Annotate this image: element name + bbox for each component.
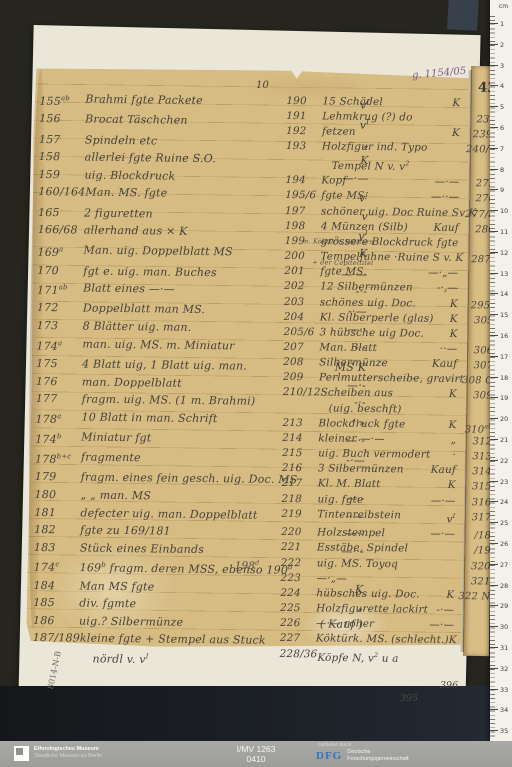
entry-number: 226 xyxy=(280,616,316,632)
entry-number: 173 xyxy=(37,317,83,335)
ruler-minor-ticks xyxy=(490,16,495,740)
entry-number: 187/189 xyxy=(33,629,80,647)
entry-margin-number: 322 N xyxy=(458,589,490,605)
entry-number: 208 xyxy=(283,355,319,371)
entry-number: 190 xyxy=(286,94,322,110)
entry-mark: K xyxy=(452,96,462,111)
entry-mark: K xyxy=(448,478,458,493)
entry-number: 224 xyxy=(280,586,316,602)
ruler-cm-label: 15 xyxy=(500,311,508,319)
ruler-cm-label: 31 xyxy=(500,644,508,652)
ruler-cm-label: 22 xyxy=(500,457,508,465)
entry-text: Kopf xyxy=(321,174,434,191)
entry-mark xyxy=(460,111,462,126)
entry-margin-number: 321 xyxy=(471,574,491,589)
entry-number: 155ab xyxy=(39,90,85,111)
entry-number: 228/36 xyxy=(280,646,318,665)
ruler-cm-label: 7 xyxy=(500,145,504,153)
entry-number: 157 xyxy=(39,130,85,148)
entry-margin-number: 308 C xyxy=(462,373,493,389)
entry-number: 202 xyxy=(284,279,320,295)
entry-number: 195/6 xyxy=(285,188,321,204)
ruler-cm-tick xyxy=(490,231,498,232)
entry-number: 180 xyxy=(34,486,80,504)
entry-number: 191 xyxy=(286,109,322,125)
ruler-cm-tick xyxy=(490,23,498,24)
entry-mark xyxy=(459,236,461,251)
digitization-footer: Ethnologisches Museum Staatliche Museen … xyxy=(0,741,512,767)
entry-row: 228/36Köpfe N, v2 u a xyxy=(280,646,456,667)
entry-mark: Ruine S v. K xyxy=(397,250,465,266)
page-number-left: 395 xyxy=(400,693,418,704)
entry-number: 186 xyxy=(33,612,79,630)
ruler-cm-tick xyxy=(490,543,498,544)
entry-number: 199 xyxy=(285,234,321,250)
entry-text: Lehmkrug (?) do xyxy=(322,110,460,127)
entry-mark xyxy=(454,649,456,668)
ruler-cm-tick xyxy=(490,273,498,274)
entry-number: 217 xyxy=(282,476,318,492)
ruler-cm-label: 2 xyxy=(500,41,504,49)
entry-mark: -·— xyxy=(436,603,456,618)
ruler-cm-tick xyxy=(490,397,498,398)
entry-mark: K xyxy=(448,418,458,433)
entry-text: 3 hübsche uig Doc. xyxy=(319,325,449,342)
entry-number: 178a xyxy=(35,408,81,429)
entry-text: 3 Silbermünzen xyxy=(318,462,431,479)
entry-text: Holzfigurette lackirt xyxy=(316,601,436,618)
ruler-cm-label: 20 xyxy=(500,415,508,423)
ruler-cm-tick xyxy=(490,730,498,731)
ruler-cm-label: 5 xyxy=(500,103,504,111)
entry-row-continuation: Tempel N v. v2 xyxy=(286,155,462,176)
entry-text: —·„— xyxy=(316,571,454,588)
entry-text: kleiner —·— xyxy=(318,431,451,448)
ruler-cm-tick xyxy=(490,335,498,336)
entry-number: 225 xyxy=(280,601,316,617)
book-spine-top xyxy=(447,0,479,31)
entry-number: 214 xyxy=(282,431,318,447)
ruler-cm-label: 29 xyxy=(500,602,508,610)
ruler-cm-tick xyxy=(490,252,498,253)
entry-number: 210/12 xyxy=(283,385,321,401)
entry-mark: K xyxy=(452,126,462,141)
entry-margin-number: 316 xyxy=(472,495,492,510)
ruler-unit-label: cm xyxy=(499,3,508,10)
ruler-cm-label: 32 xyxy=(500,665,508,673)
entry-number: 193 xyxy=(286,139,322,155)
entry-number: 184 xyxy=(33,577,79,595)
ruler-cm-tick xyxy=(490,65,498,66)
ruler-cm-label: 6 xyxy=(500,124,504,132)
ruler-cm-label: 10 xyxy=(500,207,508,215)
ruler-cm-label: 19 xyxy=(500,394,508,402)
entry-number: 156 xyxy=(39,110,85,131)
ruler-cm-label: 3 xyxy=(500,62,504,70)
entry-text: Silbermünze xyxy=(319,355,432,372)
entry-number: 179 xyxy=(35,468,81,486)
entry-mark: K xyxy=(450,312,460,327)
ruler-cm-tick xyxy=(490,293,498,294)
ruler-cm-label: 21 xyxy=(500,436,508,444)
entry-text: Kl. Silberperle (glas) xyxy=(320,310,450,327)
ruler-cm-label: 34 xyxy=(500,706,508,714)
entry-number: 158 xyxy=(39,148,85,166)
entry-margin-number: 315 xyxy=(472,480,492,495)
entry-text: schönes uig. Doc. xyxy=(320,295,450,312)
ruler-cm-tick xyxy=(490,522,498,523)
entry-number: 159 xyxy=(38,166,84,184)
entry-margin-ref: 198d xyxy=(235,555,260,574)
entry-text: uig. MS. Toyoq xyxy=(317,556,455,573)
entry-number: 205/6 xyxy=(283,325,319,341)
entry-mark: K xyxy=(450,327,460,342)
entry-number: 218 xyxy=(281,491,317,507)
entry-number: 209 xyxy=(283,370,319,386)
ruler-cm-label: 27 xyxy=(500,561,508,569)
ruler-cm-tick xyxy=(490,44,498,45)
ruler-cm-label: 13 xyxy=(500,270,508,278)
entry-text: Man. Blatt xyxy=(319,340,440,357)
entry-mark xyxy=(455,558,457,573)
entry-mark: ··— xyxy=(440,342,460,357)
ruler-cm-tick xyxy=(490,169,498,170)
ruler-cm-label: 24 xyxy=(500,498,508,506)
entry-mark: —·„— xyxy=(428,266,460,282)
entry-number: 169a xyxy=(37,241,83,262)
entry-mark: Kauf xyxy=(433,220,460,235)
ruler-cm-label: 33 xyxy=(500,686,508,694)
entry-number: 194 xyxy=(285,173,321,189)
entry-text: uig. Buch vermodert xyxy=(318,446,453,463)
entry-margin-number: 317 xyxy=(472,510,492,525)
ruler-cm-tick xyxy=(490,689,498,690)
ruler-cm-tick xyxy=(490,210,498,211)
entry-text: 12 Silbermünzen xyxy=(320,280,437,297)
entry-row: 210/12Scheiben ausK309 xyxy=(283,385,459,402)
ruler-cm-label: 12 xyxy=(500,249,508,257)
entry-number: 172 xyxy=(37,299,83,317)
entry-text: Köpfe N, v2 u a xyxy=(317,647,453,667)
entry-number: 175 xyxy=(36,355,82,373)
museum-logo-glyph xyxy=(16,748,23,755)
object-id-block: I/MV 1263 0410 xyxy=(196,744,316,764)
entry-number: 192 xyxy=(286,124,322,140)
entry-text: —·— roher xyxy=(316,617,429,634)
entry-text: Tempelfahne · xyxy=(320,249,397,265)
entry-number: 181 xyxy=(34,504,80,522)
entry-mark: Kauf xyxy=(431,463,458,478)
object-id: I/MV 1263 xyxy=(196,744,316,754)
ruler-cm-label: 9 xyxy=(500,186,504,194)
ruler-cm-tick xyxy=(490,439,498,440)
entry-number: 215 xyxy=(282,446,318,462)
sheet-number-note: 10 xyxy=(256,80,269,91)
entry-margin-number: /19 xyxy=(474,544,491,559)
entry-text: grössere Blockdruck fgte xyxy=(321,234,459,251)
entry-mark: -·,— xyxy=(437,281,460,296)
ruler-cm-tick xyxy=(490,501,498,502)
ruler-cm-tick xyxy=(490,585,498,586)
ruler-cm-label: 26 xyxy=(500,540,508,548)
dfg-logo: DFG xyxy=(316,750,342,762)
entry-mark: —··— xyxy=(431,190,461,206)
entry-mark: „ xyxy=(451,433,459,448)
ruler-cm-tick xyxy=(490,106,498,107)
entry-number: 207 xyxy=(283,340,319,356)
entry-column-right: 19015 SchädelK191Lehmkrug (?) do238192fe… xyxy=(280,94,463,667)
entry-text: Köktürk. MS. (schlecht.) xyxy=(316,632,449,649)
ruler-cm-label: 17 xyxy=(500,353,508,361)
entry-number: 220 xyxy=(281,525,317,541)
funder-block: Gefördert durch DFG Deutsche Forschungsg… xyxy=(316,743,506,762)
entry-mark: vI xyxy=(446,509,457,528)
entry-text: fetzen xyxy=(322,125,452,142)
entry-mark xyxy=(455,543,457,558)
entry-text: 4 Münzen (Silb) xyxy=(321,219,434,236)
entry-mark: · xyxy=(452,448,458,463)
museum-logo-icon xyxy=(14,746,29,761)
ruler-cm-tick xyxy=(490,314,498,315)
ruler-cm-label: 11 xyxy=(500,228,508,236)
page-number-right: 396 xyxy=(440,680,458,691)
entry-margin-number: 314 xyxy=(472,464,492,479)
ruler-cm-label: 25 xyxy=(500,519,508,527)
museum-name-line1: Ethnologisches Museum xyxy=(34,746,102,753)
ruler-cm-label: 23 xyxy=(500,478,508,486)
ruler-cm-tick xyxy=(490,356,498,357)
ruler-cm-tick xyxy=(490,647,498,648)
ruler-cm-tick xyxy=(490,377,498,378)
funder-name: Deutsche Forschungsgemeinschaft xyxy=(347,749,408,762)
entry-text: hübsches uig. Doc. xyxy=(316,586,446,603)
ruler-cm-tick xyxy=(490,127,498,128)
entry-row: 219TintenreibsteinvI317 xyxy=(281,507,457,528)
entry-number: 176 xyxy=(36,372,82,390)
entry-text: schöner uig. Doc Ruine S xyxy=(321,204,459,221)
ruler-cm-tick xyxy=(490,85,498,86)
entry-number: 203 xyxy=(284,294,320,310)
entry-mark: K xyxy=(450,296,460,311)
entry-number: 222 xyxy=(281,556,317,572)
entry-margin-number: /18 xyxy=(474,529,491,544)
entry-mark: —·— xyxy=(430,527,457,542)
entry-text: fgte MS. xyxy=(320,265,428,281)
entry-number: 166/68 xyxy=(38,221,84,242)
entry-number: 216 xyxy=(282,461,318,477)
scan-number: 0410 xyxy=(196,754,316,764)
ruler-cm-tick xyxy=(490,418,498,419)
entry-mark xyxy=(454,573,456,588)
entry-mark xyxy=(460,142,462,157)
entry-number: 198 xyxy=(285,219,321,235)
entry-number: 174c xyxy=(34,556,80,577)
museum-name-line2: Staatliche Museen zu Berlin xyxy=(34,753,102,760)
ruler-cm-tick xyxy=(490,148,498,149)
entry-number: 201 xyxy=(284,264,320,280)
museum-name: Ethnologisches Museum Staatliche Museen … xyxy=(34,746,102,760)
ruler-cm-tick xyxy=(490,709,498,710)
entry-number: 213 xyxy=(282,416,318,432)
entry-text: Blockdruck fgte xyxy=(318,416,448,433)
entry-text: Scheiben aus xyxy=(321,386,449,403)
entry-number: 182 xyxy=(34,521,80,539)
entry-number: 178b+c xyxy=(35,448,81,469)
ruler-cm-label: 14 xyxy=(500,290,508,298)
entry-text: Esstäbe, Spindel xyxy=(317,541,455,558)
entry-text: fgte MS. xyxy=(321,189,431,205)
ruler-cm-tick xyxy=(490,481,498,482)
entry-mark: Kauf xyxy=(432,357,459,372)
entry-number: 221 xyxy=(281,540,317,556)
ruler-cm-label: 18 xyxy=(500,374,508,382)
ruler-cm-label: 1 xyxy=(500,20,504,28)
ruler-cm-tick xyxy=(490,189,498,190)
ruler-cm-tick xyxy=(490,460,498,461)
entry-text: Holzfigur ind. Typo xyxy=(322,140,460,157)
entry-number: 171ab xyxy=(37,279,83,300)
entry-text: Perlmutterscheibe, gravirt xyxy=(319,371,464,388)
entry-text: 15 Schädel xyxy=(322,94,452,111)
entry-mark: —·— xyxy=(429,618,456,633)
entry-number: 197 xyxy=(285,204,321,220)
entry-number: 227 xyxy=(280,631,316,647)
entry-number: 219 xyxy=(281,507,317,526)
entry-number: 174a xyxy=(36,335,82,356)
entry-text: Kl. M. Blatt xyxy=(318,477,448,494)
entry-mark: —·— xyxy=(431,493,458,508)
ruler-cm-tick xyxy=(490,626,498,627)
entry-number: 204 xyxy=(284,310,320,326)
ruler-cm-label: 28 xyxy=(500,582,508,590)
entry-number: 174b xyxy=(35,428,81,449)
ruler-cm-label: 8 xyxy=(500,166,504,174)
entry-mark: —·— xyxy=(435,175,462,190)
cm-ruler: cm 1234567891011121314151617181920212223… xyxy=(490,0,512,744)
entry-mark: K xyxy=(449,387,459,402)
book-cover-bottom xyxy=(0,686,512,744)
entry-margin-number: 320 xyxy=(471,559,491,574)
entry-mark: K xyxy=(446,588,456,603)
entry-number: 165 xyxy=(38,204,84,222)
ruler-cm-tick xyxy=(490,605,498,606)
entry-number: 200 xyxy=(284,249,320,265)
funder-credit-label: Gefördert durch xyxy=(318,743,506,748)
entry-text: uig. fgte xyxy=(317,492,430,509)
ruler-cm-label: 16 xyxy=(500,332,508,340)
entry-number: 223 xyxy=(280,571,316,587)
entry-number: 183 xyxy=(34,539,80,557)
ruler-cm-tick xyxy=(490,668,498,669)
entry-text: Tintenreibstein xyxy=(317,507,446,527)
ruler-cm-label: 35 xyxy=(500,727,508,735)
ruler-cm-tick xyxy=(490,564,498,565)
entry-number: 177 xyxy=(36,390,82,408)
entry-text: Holzstempel xyxy=(317,526,430,543)
entry-number: 160/164 xyxy=(38,183,85,204)
ruler-cm-label: 4 xyxy=(500,82,504,90)
entry-number: 185 xyxy=(33,594,79,612)
entry-row: 193Holzfigur ind. Typo240/7 xyxy=(286,139,462,156)
entry-number: 170 xyxy=(37,262,83,280)
entry-mark: K xyxy=(449,633,459,648)
ruler-cm-label: 30 xyxy=(500,623,508,631)
